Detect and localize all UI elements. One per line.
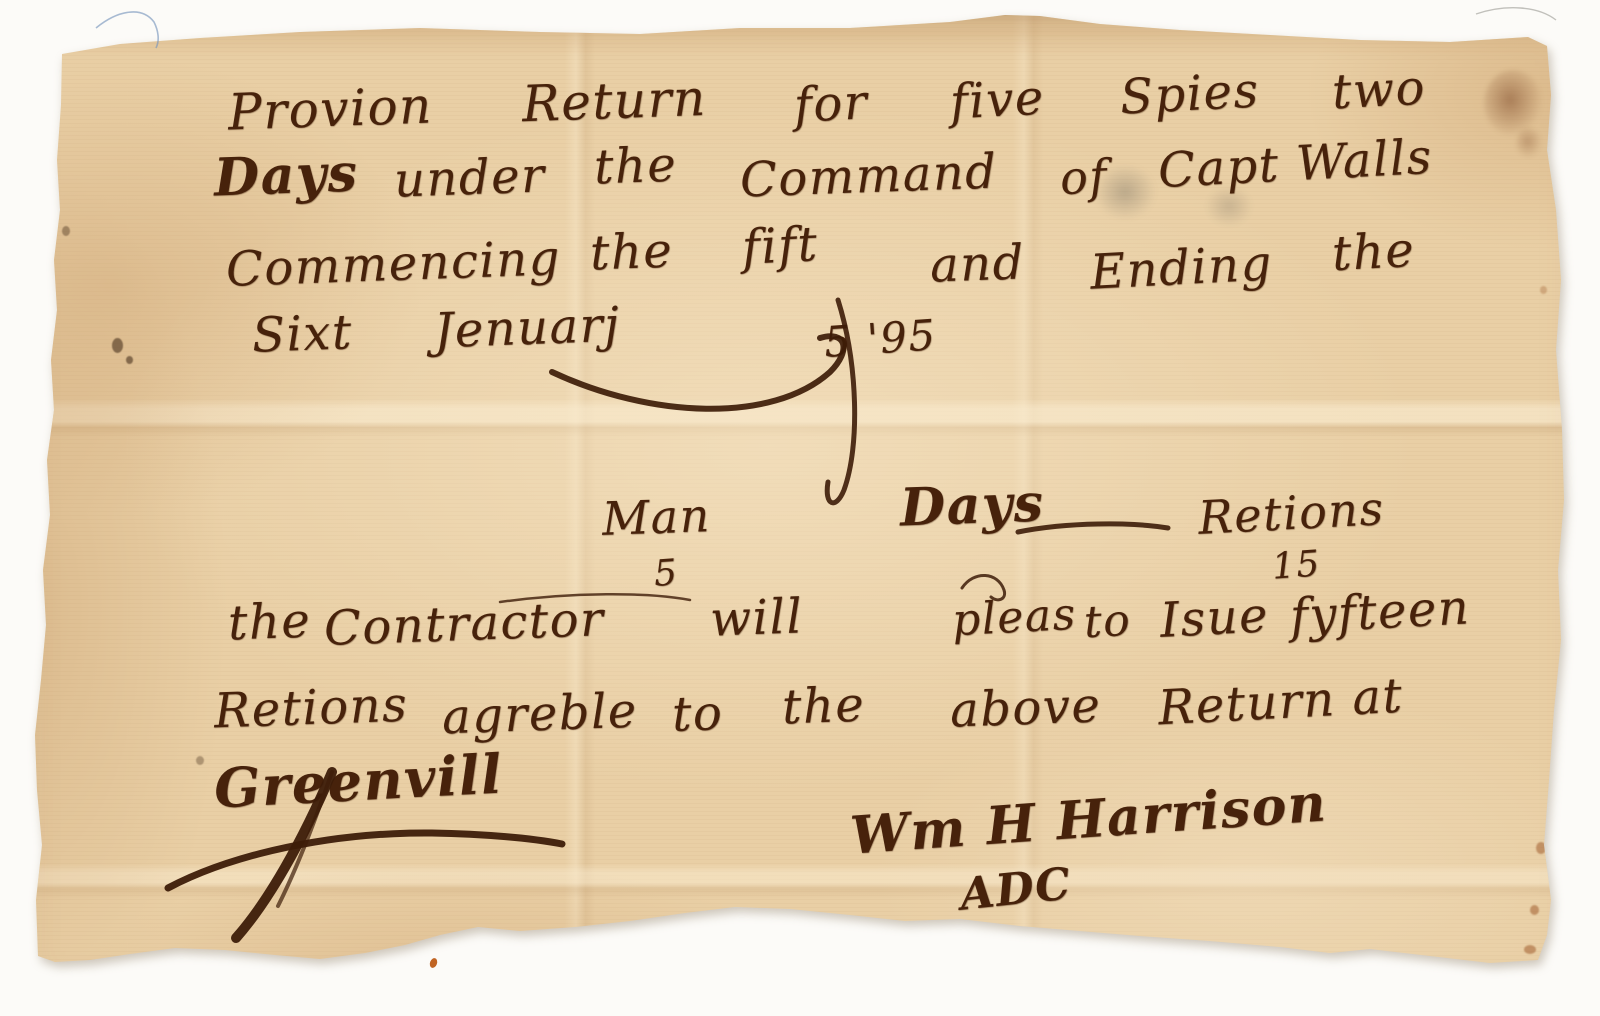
rust-speck (1530, 905, 1539, 915)
manuscript-word: two (1331, 64, 1427, 117)
manuscript-word: Retions (213, 681, 409, 736)
manuscript-word: Return at (1157, 672, 1404, 733)
manuscript-word: to (1083, 599, 1132, 645)
manuscript-word: Ending (1089, 239, 1274, 296)
manuscript-word: for (793, 78, 870, 130)
manuscript-word: the (1331, 226, 1417, 278)
manuscript-word: 5 '95 (823, 314, 938, 364)
manuscript-word: and (929, 238, 1025, 289)
manuscript-word: Contractor (323, 595, 605, 653)
rust-speck (1536, 842, 1546, 854)
speck (62, 226, 70, 236)
manuscript-word: Commencing (225, 234, 561, 294)
manuscript-word: pleas (951, 593, 1078, 643)
manuscript-word: five (949, 74, 1046, 127)
manuscript-word: above (949, 681, 1102, 734)
manuscript-word: the (781, 681, 866, 732)
manuscript-word: fyfteen (1289, 583, 1471, 640)
manuscript-word: under (393, 151, 546, 204)
manuscript-word: Command (739, 148, 998, 205)
signature-role: ADC (958, 862, 1074, 917)
manuscript-paper: Provion Return for five Spies two Days u… (0, 0, 1600, 1016)
table-header-retions: Retions (1197, 485, 1386, 541)
manuscript-word: Provion (227, 80, 433, 137)
manuscript-word: Sixt (251, 308, 353, 359)
speck (196, 756, 204, 765)
speck (112, 338, 123, 353)
manuscript-word: Days (213, 147, 359, 204)
paper-shadow: Provion Return for five Spies two Days u… (0, 0, 1600, 1016)
manuscript-word: agreble (441, 687, 638, 742)
manuscript-word: to (671, 689, 724, 739)
manuscript-word: fift (741, 220, 820, 272)
manuscript-word: Capt Walls (1157, 133, 1434, 195)
manuscript-word: Jenuarj (433, 301, 621, 355)
table-value-man: 5 (653, 555, 680, 593)
manuscript-word: Isue (1159, 591, 1270, 645)
signature-name: Wm H Harrison (849, 777, 1329, 862)
manuscript-word: the (593, 141, 678, 192)
table-value-retions: 15 (1271, 546, 1322, 585)
manuscript-word: of (1059, 153, 1109, 201)
rust-speck (1540, 286, 1547, 294)
place-name: Greenvill (213, 746, 504, 815)
table-header-days: Days (899, 477, 1045, 534)
manuscript-word: Return (521, 73, 707, 129)
ink-stain (1516, 128, 1542, 158)
table-header-man: Man (601, 492, 711, 542)
scanned-document: Provion Return for five Spies two Days u… (0, 0, 1600, 1016)
manuscript-word: the (589, 227, 674, 278)
manuscript-word: will (709, 592, 804, 643)
manuscript-word: Spies (1119, 66, 1261, 121)
rust-speck (1524, 945, 1536, 954)
manuscript-word: the (227, 597, 312, 648)
speck (126, 356, 133, 364)
ink-stain (1484, 70, 1542, 136)
